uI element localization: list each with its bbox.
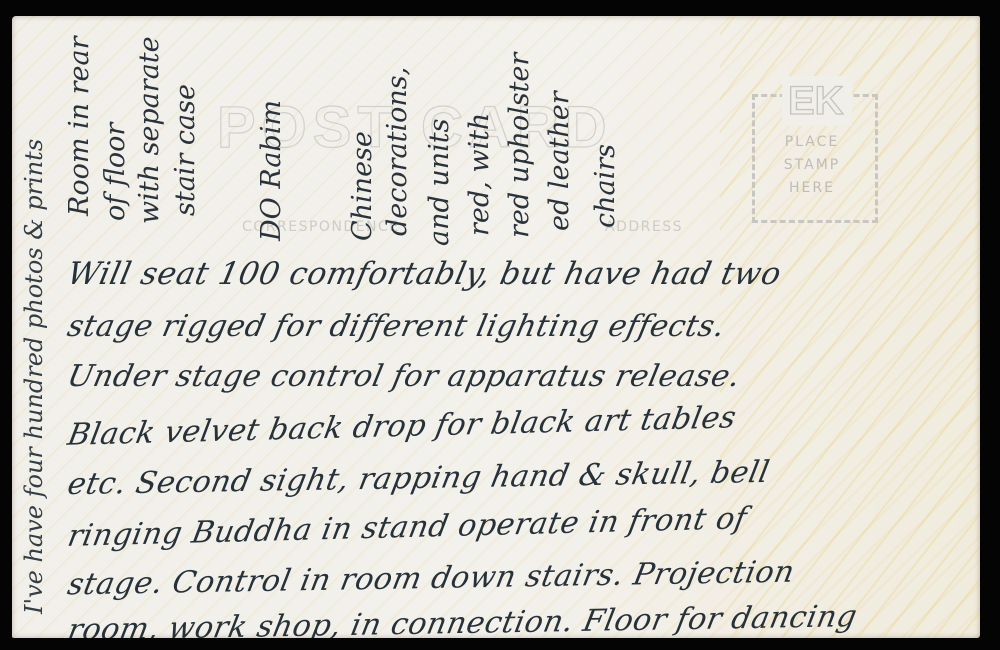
vertical-column: ed leather (544, 91, 575, 231)
vertical-column: chairs (590, 144, 621, 228)
vertical-column: stair case (170, 84, 201, 216)
stamp-text-line: PLACE (762, 131, 862, 154)
body-line: room, work shop, in connection. Floor fo… (65, 599, 860, 638)
stamp-instructions: PLACE STAMP HERE (762, 131, 862, 200)
vertical-column: Chinese (347, 131, 378, 241)
vertical-column: decorations, (382, 67, 413, 236)
margin-note: I've have four hundred photos & prints (20, 139, 48, 614)
vertical-column: with separate (134, 36, 165, 224)
ek-logo-icon: EK (782, 76, 852, 126)
body-line: Black velvet back drop for black art tab… (65, 400, 739, 453)
stamp-text-line: HERE (762, 177, 862, 200)
vertical-column: DO Rabim (256, 100, 287, 241)
vertical-column: red, with (464, 113, 495, 236)
body-line: Will seat 100 comfortably, but have had … (64, 256, 784, 292)
body-line: Under stage control for apparatus releas… (64, 359, 743, 394)
postcard-back: POST CARD CORRESPONDENCE ADDRESS EK PLAC… (12, 16, 980, 638)
body-line: stage. Control in room down stairs. Proj… (65, 555, 798, 603)
body-line: stage rigged for different lighting effe… (64, 309, 728, 344)
vertical-column: and units (424, 119, 455, 246)
vertical-column: Room in rear (64, 36, 95, 216)
body-line: etc. Second sight, rapping hand & skull,… (65, 455, 773, 502)
vertical-column: red upholster (504, 53, 535, 238)
vertical-column: of floor (100, 123, 131, 221)
stamp-text-line: STAMP (762, 154, 862, 177)
body-line: ringing Buddha in stand operate in front… (65, 501, 750, 554)
